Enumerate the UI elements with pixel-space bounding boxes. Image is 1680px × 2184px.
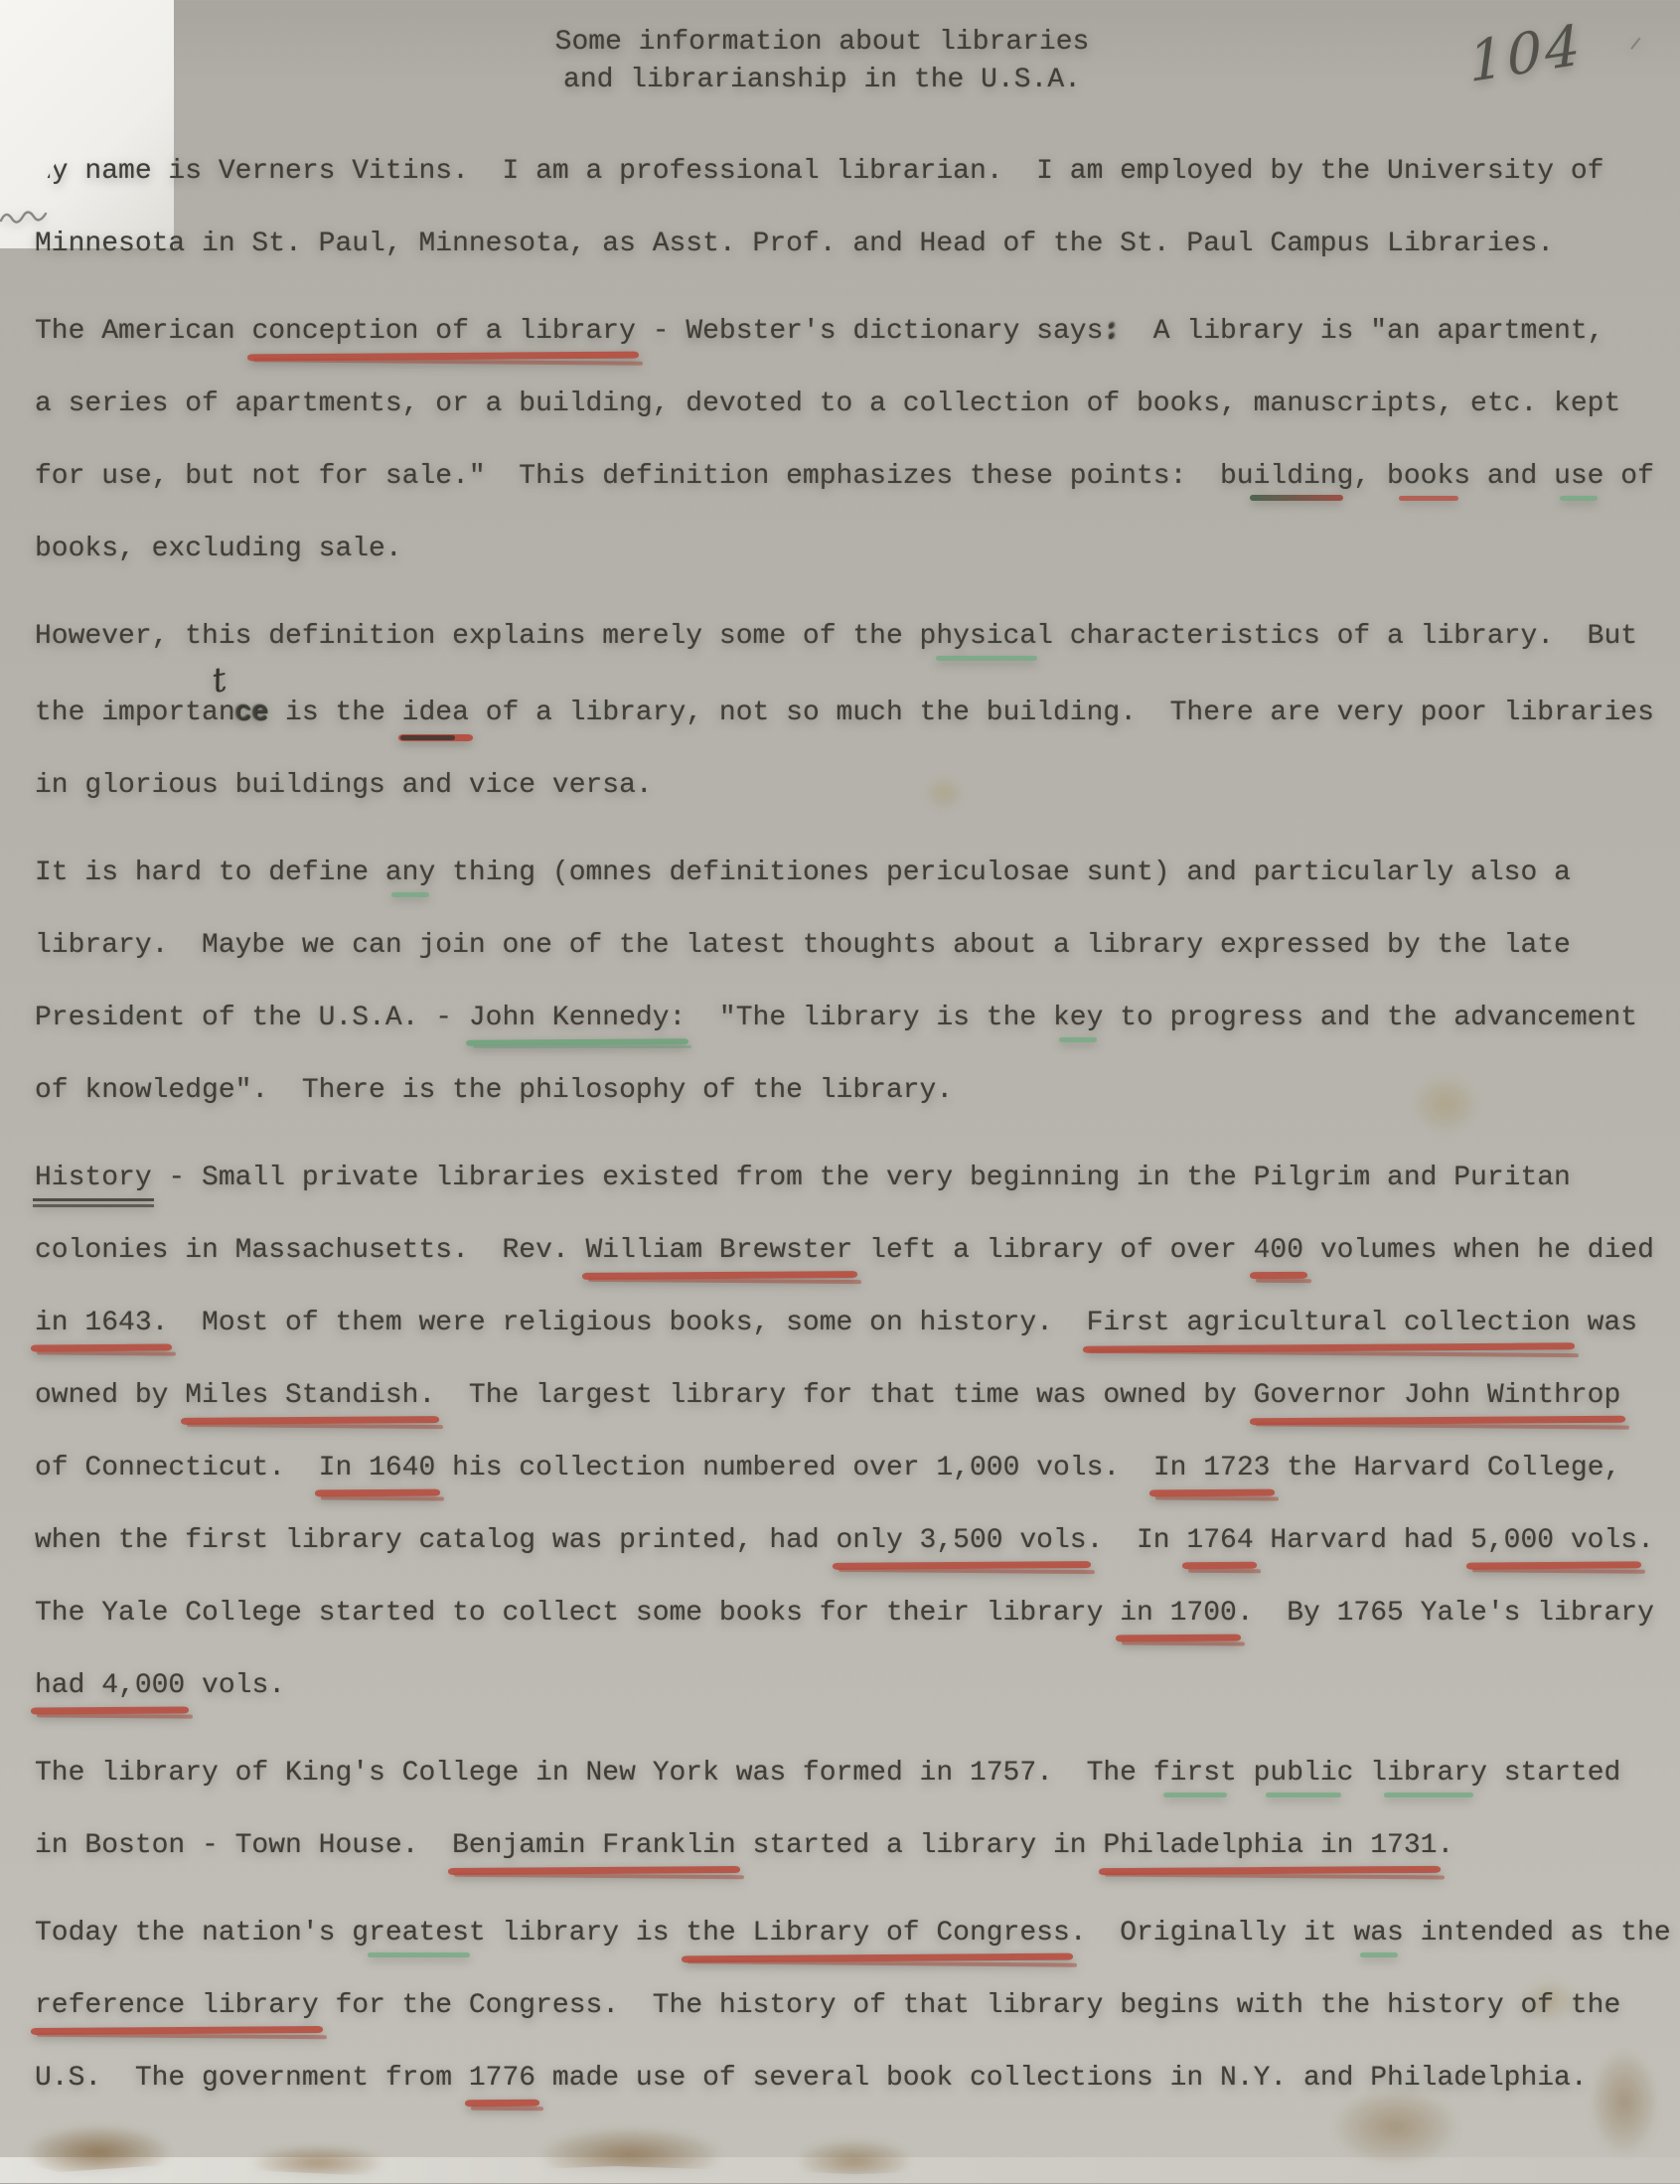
annotated-text-red: had 4,000: [35, 1670, 185, 1701]
text-run: when the first library catalog was print…: [35, 1525, 837, 1556]
annotated-text-red: reference library: [35, 1990, 319, 2021]
text-run: the importan: [35, 698, 235, 728]
text-line: U.S. The government from 1776 made use o…: [35, 2042, 1656, 2114]
paper-sheet: 104 Some information about libraries and…: [0, 0, 1680, 2183]
annotated-text-red: conception of a library: [251, 316, 635, 347]
text-run: The Yale College started to collect some…: [35, 1598, 1120, 1629]
text-line: President of the U.S.A. - John Kennedy: …: [35, 982, 1656, 1054]
text-run: ,: [1353, 461, 1387, 492]
text-line: library. Maybe we can join one of the la…: [35, 909, 1656, 982]
stain: [795, 2138, 914, 2182]
text-line: The American conception of a library - W…: [35, 295, 1656, 368]
text-run: However, this definition explains merely…: [35, 621, 920, 652]
text-run: owned by: [35, 1380, 185, 1411]
paragraph: However, this definition explains merely…: [35, 600, 1656, 822]
annotated-text-smudge: ce: [235, 698, 269, 728]
text-run: Minnesota in St. Paul, Minnesota, as Ass…: [35, 229, 1554, 259]
text-line: reference library for the Congress. The …: [35, 1969, 1656, 2042]
text-run: Most of them were religious books, some …: [168, 1308, 1086, 1338]
annotated-text-red: 1776: [469, 2063, 535, 2094]
text-line: books, excluding sale.: [35, 513, 1656, 585]
text-run: is the: [268, 698, 401, 728]
paragraph: The library of King's College in New Yor…: [35, 1737, 1656, 1882]
document-title: Some information about libraries and lib…: [0, 24, 1644, 99]
text-run: for use, but not for sale." This definit…: [35, 461, 1220, 492]
text-run: Today the nation's: [35, 1918, 352, 1949]
text-run: "The library is the: [686, 1003, 1053, 1033]
annotated-text-green: John Kennedy:: [469, 1003, 686, 1033]
text-run: in glorious buildings and vice versa.: [35, 770, 653, 801]
annotated-text-gdash: first: [1153, 1758, 1237, 1789]
text-run: made use of several book collections in …: [535, 2063, 1588, 2094]
annotated-text-gdash: public: [1254, 1758, 1354, 1789]
annotated-text-gdash: use: [1554, 461, 1604, 492]
text-run: . By 1765 Yale's library: [1237, 1598, 1654, 1629]
text-run: of: [1604, 461, 1653, 492]
text-line: It is hard to define any thing (omnes de…: [35, 837, 1656, 909]
text-run: started: [1487, 1758, 1620, 1789]
text-run: in Boston - Town House.: [35, 1830, 452, 1861]
annotated-text-redark: idea: [402, 698, 469, 728]
text-run: his collection numbered over 1,000 vols.: [435, 1453, 1153, 1483]
annotated-text-black: History: [35, 1163, 152, 1193]
text-run: left a library of over: [852, 1235, 1253, 1266]
text-run: library. Maybe we can join one of the la…: [35, 930, 1571, 961]
annotated-text-red: only 3,500 vols: [837, 1525, 1087, 1556]
text-run: . In: [1087, 1525, 1187, 1556]
text-line: The library of King's College in New Yor…: [35, 1737, 1656, 1809]
annotated-text-gdash: key: [1053, 1003, 1103, 1033]
text-line: when the first library catalog was print…: [35, 1504, 1656, 1577]
title-line-2: and librarianship in the U.S.A.: [0, 62, 1644, 99]
stain: [248, 2144, 387, 2180]
annotated-text-red: Benjamin Franklin: [452, 1830, 736, 1861]
text-line: in Boston - Town House. Benjamin Frankli…: [35, 1809, 1656, 1882]
text-line: The Yale College started to collect some…: [35, 1577, 1656, 1649]
text-line: for use, but not for sale." This definit…: [35, 440, 1656, 513]
text-run: [1237, 1758, 1254, 1789]
annotated-text-red: First agricultural collection: [1087, 1308, 1571, 1338]
annotated-text-blotch: :: [1103, 316, 1120, 347]
annotated-text-gdash: any: [385, 858, 435, 888]
text-line: in glorious buildings and vice versa.: [35, 749, 1656, 822]
paper-shadow-wrap: 104 Some information about libraries and…: [0, 0, 1680, 2183]
annotated-text-red: 1764: [1186, 1525, 1253, 1556]
text-run: [1353, 1758, 1370, 1789]
stain: [24, 2124, 173, 2180]
text-line: had 4,000 vols.: [35, 1649, 1656, 1722]
text-run: thing (omnes definitiones periculosae su…: [435, 858, 1571, 888]
text-run: My name is Verners Vitins. I am a profes…: [35, 156, 1604, 187]
annotated-text-red: the Library of Congress: [686, 1918, 1069, 1949]
text-run: President of the U.S.A. -: [35, 1003, 469, 1033]
text-run: and: [1470, 461, 1554, 492]
text-run: colonies in Massachusetts. Rev.: [35, 1235, 586, 1266]
paragraph: History - Small private libraries existe…: [35, 1142, 1656, 1722]
title-line-1: Some information about libraries: [0, 24, 1644, 62]
annotated-text-gdash: was: [1353, 1918, 1403, 1949]
annotated-text-gdash: library: [1370, 1758, 1487, 1789]
annotated-text-rdash: books: [1387, 461, 1470, 492]
text-run: was: [1571, 1308, 1637, 1338]
document-scan: 104 Some information about libraries and…: [0, 0, 1680, 2183]
text-line: of Connecticut. In 1640 his collection n…: [35, 1432, 1656, 1504]
text-run: the Harvard College,: [1270, 1453, 1620, 1483]
paragraph: Today the nation's greatest library is t…: [35, 1897, 1656, 2114]
text-run: U.S. The government from: [35, 2063, 469, 2094]
text-run: characteristics of a library. But: [1053, 621, 1637, 652]
annotated-text-dkdash: building: [1220, 461, 1353, 492]
text-run: - Webster's dictionary says: [636, 316, 1103, 347]
text-line: History - Small private libraries existe…: [35, 1142, 1656, 1214]
annotated-text-red: In 1640: [319, 1453, 436, 1483]
text-line: Minnesota in St. Paul, Minnesota, as Ass…: [35, 208, 1656, 280]
text-run: It is hard to define: [35, 858, 385, 888]
text-run: A library is "an apartment,: [1120, 316, 1604, 347]
text-run: - Small private libraries existed from t…: [152, 1163, 1571, 1193]
text-line: However, this definition explains merely…: [35, 600, 1656, 673]
text-run: books, excluding sale.: [35, 534, 402, 564]
text-run: started a library in: [736, 1830, 1104, 1861]
text-run: .: [1437, 1830, 1453, 1861]
typewritten-text: My name is Verners Vitins. I am a profes…: [35, 135, 1656, 2129]
text-run: library is: [486, 1918, 687, 1949]
text-line: colonies in Massachusetts. Rev. William …: [35, 1214, 1656, 1287]
text-run: The largest library for that time was ow…: [435, 1380, 1253, 1411]
text-run: The American: [35, 316, 251, 347]
annotated-text-red: William Brewster: [586, 1235, 853, 1266]
annotated-text-red: 5,000 vols: [1470, 1525, 1637, 1556]
annotated-text-gdash: greatest: [352, 1918, 485, 1949]
text-line: My name is Verners Vitins. I am a profes…: [35, 135, 1656, 208]
text-line: Today the nation's greatest library is t…: [35, 1897, 1656, 1969]
text-line: in 1643. Most of them were religious boo…: [35, 1287, 1656, 1359]
text-line: the importancet is the idea of a library…: [35, 673, 1656, 749]
annotated-text-red: Governor John Winthrop: [1254, 1380, 1621, 1411]
paragraph: It is hard to define any thing (omnes de…: [35, 837, 1656, 1127]
text-run: intended as the: [1404, 1918, 1671, 1949]
annotated-text-red: in 1700: [1120, 1598, 1237, 1629]
text-line: of knowledge". There is the philosophy o…: [35, 1054, 1656, 1127]
annotated-text-red: In 1723: [1153, 1453, 1271, 1483]
text-line: a series of apartments, or a building, d…: [35, 368, 1656, 440]
text-run: to progress and the advancement: [1103, 1003, 1637, 1033]
text-run: of a library, not so much the building. …: [469, 698, 1654, 728]
annotated-text-red: Miles Standish.: [185, 1380, 435, 1411]
text-run: Harvard had: [1254, 1525, 1470, 1556]
annotated-text-gdash: physical: [920, 621, 1053, 652]
paragraph: The American conception of a library - W…: [35, 295, 1656, 585]
paragraph: My name is Verners Vitins. I am a profes…: [35, 135, 1656, 280]
text-line: owned by Miles Standish. The largest lib…: [35, 1359, 1656, 1432]
text-run: of knowledge". There is the philosophy o…: [35, 1075, 953, 1106]
text-run: for the Congress. The history of that li…: [319, 1990, 1621, 2021]
text-run: .: [1637, 1525, 1654, 1556]
text-run: of Connecticut.: [35, 1453, 319, 1483]
text-run: The library of King's College in New Yor…: [35, 1758, 1153, 1789]
text-run: vols.: [185, 1670, 285, 1701]
text-run: . Originally it: [1070, 1918, 1354, 1949]
annotated-text-red: in 1643.: [35, 1308, 168, 1338]
annotated-text-red: 400: [1254, 1235, 1303, 1266]
text-run: a series of apartments, or a building, d…: [35, 389, 1620, 419]
annotated-text-red: Philadelphia in 1731: [1103, 1830, 1437, 1861]
stain: [536, 2126, 725, 2183]
text-run: volumes when he died: [1303, 1235, 1654, 1266]
